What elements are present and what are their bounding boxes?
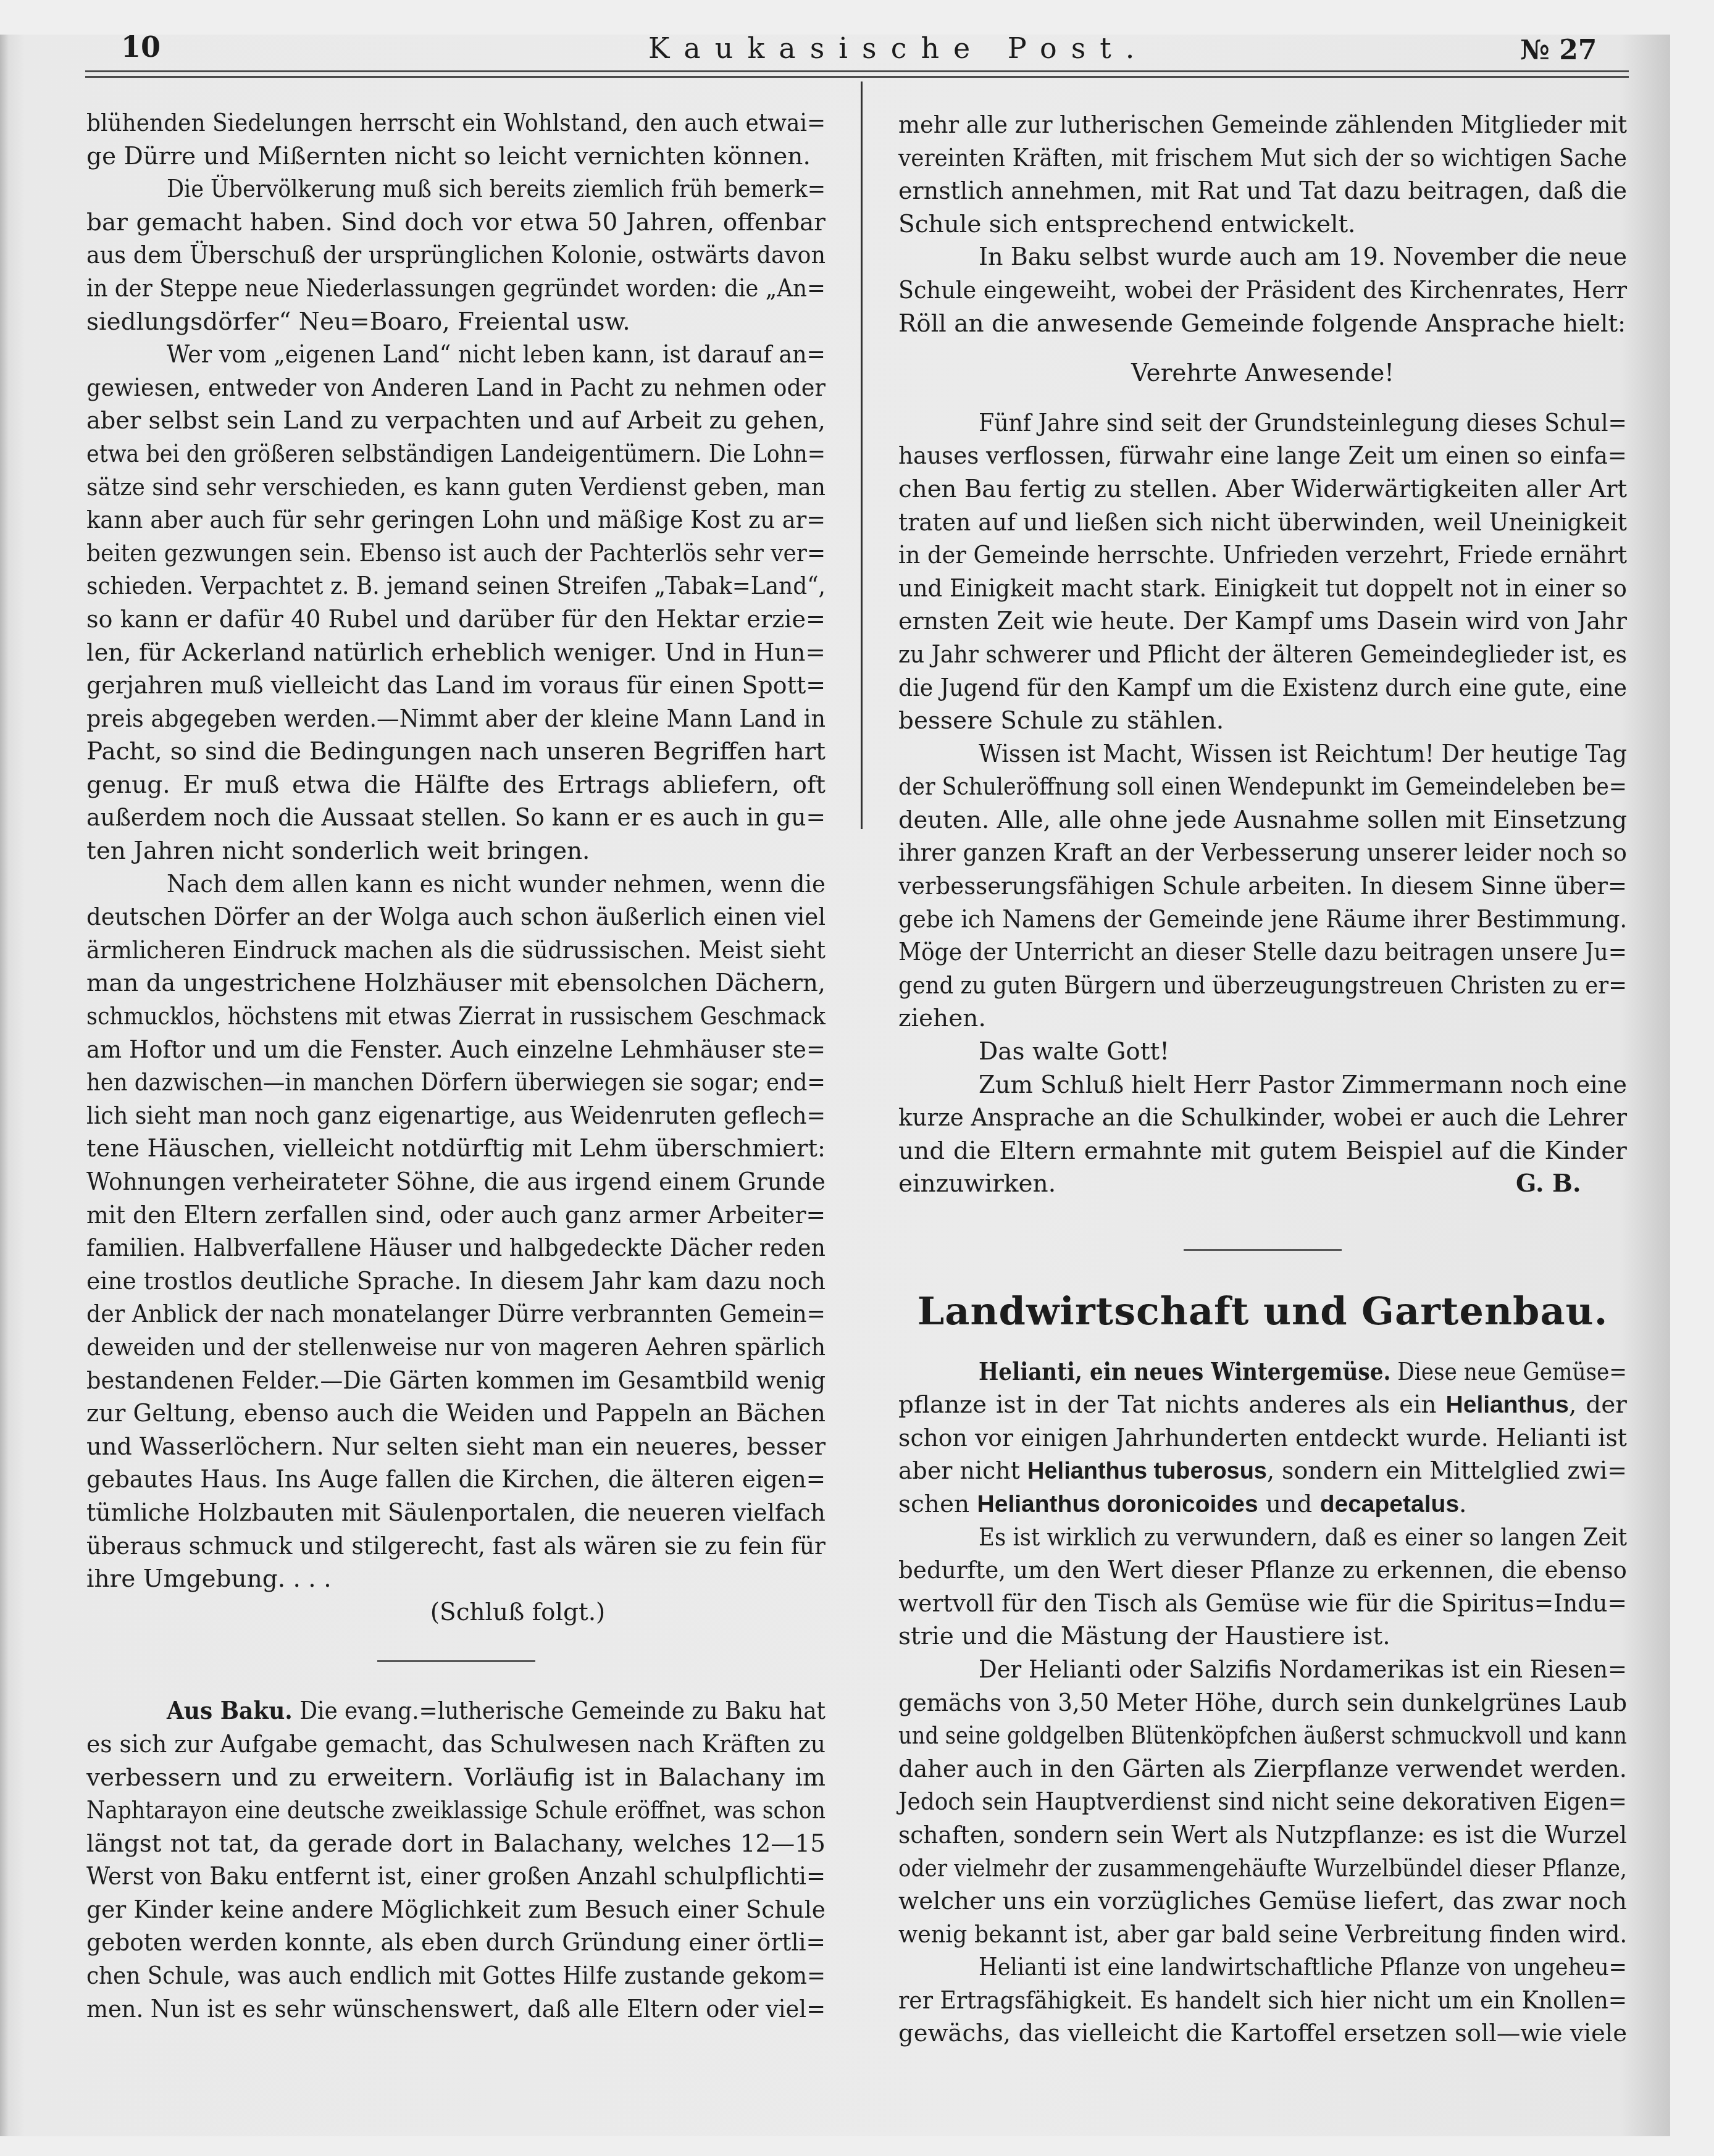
baku-article-continued: mehr alle zur lutherischen Gemeinde zähl…: [898, 109, 1627, 340]
text-line: verbesserungsfähigen Schule arbeiten. In…: [898, 870, 1627, 903]
settlement-article: blühenden Siedelungen herrscht ein Wohls…: [86, 107, 826, 1596]
text-line: aber selbst sein Land zu verpachten und …: [86, 404, 826, 438]
text-line: ärmlicheren Eindruck machen als die südr…: [86, 934, 826, 967]
text-line: zu Jahr schwerer und Pflicht der älteren…: [898, 638, 1627, 672]
text-line: so kann er dafür 40 Rubel und darüber fü…: [86, 603, 826, 637]
text-line: etwa bei den größeren selbständigen Land…: [86, 438, 826, 471]
text-line: und die Eltern ermahnte mit gutem Beispi…: [898, 1135, 1627, 1168]
text-line: und Einigkeit macht stark. Einigkeit tut…: [898, 572, 1627, 606]
page-number: 10: [121, 32, 161, 62]
right-column: mehr alle zur lutherischen Gemeinde zähl…: [898, 109, 1627, 2050]
text-line: chen Schule, was auch endlich mit Gottes…: [86, 1960, 826, 1993]
text-line: hauses verflossen, fürwahr eine lange Ze…: [898, 440, 1627, 473]
text-line: gend zu guten Bürgern und überzeugungstr…: [898, 969, 1627, 1003]
botanical-name: Helianthus doronicoides: [977, 1491, 1258, 1518]
author-signature: G. B.: [1516, 1168, 1581, 1201]
text-line: zur Geltung, ebenso auch die Weiden und …: [86, 1397, 826, 1431]
helianti-heading: Helianti, ein neues Wintergemüse.: [979, 1358, 1390, 1386]
text-line: vereinten Kräften, mit frischem Mut sich…: [898, 142, 1627, 175]
text-line: Nach dem allen kann es nicht wunder nehm…: [86, 868, 826, 901]
text-line: familien. Halbverfallene Häuser und halb…: [86, 1232, 826, 1265]
text-line: chen Bau fertig zu stellen. Aber Widerwä…: [898, 473, 1627, 506]
section-separator-right: [1184, 1249, 1342, 1251]
text-line: oder vielmehr der zusammengehäufte Wurze…: [898, 1852, 1627, 1886]
text-line: ernstlich annehmen, mit Rat und Tat dazu…: [898, 175, 1627, 208]
text-line: bedurfte, um den Wert dieser Pflanze zu …: [898, 1554, 1627, 1587]
text-line: mehr alle zur lutherischen Gemeinde zähl…: [898, 109, 1627, 142]
continued-note: (Schluß folgt.): [86, 1596, 826, 1629]
text-line: und seine goldgelben Blütenköpfchen äuße…: [898, 1719, 1627, 1753]
text-line: Es ist wirklich zu verwundern, daß es ei…: [898, 1521, 1627, 1555]
text-line: genug. Er muß etwa die Hälfte des Ertrag…: [86, 769, 826, 802]
text-line: Möge der Unterricht an dieser Stelle daz…: [898, 936, 1627, 969]
text-line: Der Helianti oder Salzifis Nordamerikas …: [898, 1653, 1627, 1687]
text-line: wenig bekannt ist, aber gar bald seine V…: [898, 1918, 1627, 1952]
text-line: len, für Ackerland natürlich erheblich w…: [86, 637, 826, 670]
helianti-paragraph-3: Der Helianti oder Salzifis Nordamerikas …: [898, 1653, 1627, 1951]
text-line: Helianti ist eine landwirtschaftliche Pf…: [898, 1951, 1627, 1984]
text-line: pflanze ist in der Tat nichts anderes al…: [898, 1389, 1627, 1422]
speech-text: Fünf Jahre sind seit der Grundsteinlegun…: [898, 407, 1627, 1035]
text-line: schaften, sondern sein Wert als Nutzpfla…: [898, 1819, 1627, 1852]
text-line: kurze Ansprache an die Schulkinder, wobe…: [898, 1101, 1627, 1135]
text-line: deutschen Dörfer an der Wolga auch schon…: [86, 901, 826, 934]
text-line: ernsten Zeit wie heute. Der Kampf ums Da…: [898, 605, 1627, 638]
header-rule-top: [85, 70, 1629, 72]
text-line: schmucklos, höchstens mit etwas Zierrat …: [86, 1000, 826, 1034]
text-line: bessere Schule zu stählen.: [898, 704, 1627, 738]
text-line: men. Nun ist es sehr wünschenswert, daß …: [86, 1993, 826, 2026]
text-line: Wohnungen verheirateter Söhne, die aus i…: [86, 1166, 826, 1199]
text-line: kann aber auch für sehr geringen Lohn un…: [86, 504, 826, 537]
text-line: ger Kinder keine andere Möglichkeit zum …: [86, 1894, 826, 1927]
text-line: Wer vom „eigenen Land“ nicht leben kann,…: [86, 338, 826, 372]
text-line: Naphtarayon eine deutsche zweiklassige S…: [86, 1794, 826, 1828]
text-line: schieden. Verpachtet z. B. jemand seinen…: [86, 570, 826, 603]
text-line: man da ungestrichene Holzhäuser mit eben…: [86, 967, 826, 1000]
text-line: deweiden und der stellenweise nur von ma…: [86, 1331, 826, 1364]
text-line: ten Jahren nicht sonderlich weit bringen…: [86, 835, 826, 868]
text-line: aus dem Überschuß der ursprünglichen Kol…: [86, 239, 826, 272]
scan-right-margin: [1670, 0, 1714, 2156]
text-line: daher auch in den Gärten als Zierpflanze…: [898, 1753, 1627, 1786]
text-line: Schule eingeweiht, wobei der Präsident d…: [898, 274, 1627, 307]
newspaper-title: Kaukasische Post.: [648, 32, 1093, 64]
helianti-paragraph-2: Es ist wirklich zu verwundern, daß es ei…: [898, 1521, 1627, 1653]
text-line: und Wasserlöchern. Nur selten sieht man …: [86, 1431, 826, 1464]
closing-paragraph: Zum Schluß hielt Herr Pastor Zimmermann …: [898, 1069, 1627, 1201]
text-line: gebe ich Namens der Gemeinde jene Räume …: [898, 903, 1627, 937]
section-heading: Landwirtschaft und Gartenbau.: [898, 1284, 1627, 1339]
text-line: gewiesen, entweder von Anderen Land in P…: [86, 372, 826, 405]
baku-first-line: Aus Baku. Die evang.=lutherische Gemeind…: [86, 1695, 826, 1728]
text-line: überaus schmuck und stilgerecht, fast al…: [86, 1530, 826, 1563]
text-line: sätze sind sehr verschieden, es kann gut…: [86, 471, 826, 504]
text-line: gerjahren muß vielleicht das Land im vor…: [86, 669, 826, 703]
scan-bottom-margin: [0, 2136, 1714, 2156]
text-line: gemächs von 3,50 Meter Höhe, durch sein …: [898, 1687, 1627, 1720]
text-line: welcher uns ein vorzügliches Gemüse lief…: [898, 1885, 1627, 1918]
text-line: preis abgegeben werden.—Nimmt aber der k…: [86, 703, 826, 736]
text-line: deuten. Alle, alle ohne jede Ausnahme so…: [898, 804, 1627, 837]
text-line: rer Ertragsfähigkeit. Es handelt sich hi…: [898, 1984, 1627, 2018]
text-line: siedlungsdörfer“ Neu=Boaro, Freiental us…: [86, 306, 826, 339]
text-line: wertvoll für den Tisch als Gemüse wie fü…: [898, 1587, 1627, 1621]
text-line: Werst von Baku entfernt ist, einer große…: [86, 1860, 826, 1894]
helianti-paragraph-1: pflanze ist in der Tat nichts anderes al…: [898, 1389, 1627, 1521]
text-line: strie und die Mästung der Haustiere ist.: [898, 1620, 1627, 1653]
text-line: gebautes Haus. Ins Auge fallen die Kirch…: [86, 1463, 826, 1497]
text-line: mit den Eltern zerfallen sind, oder auch…: [86, 1199, 826, 1232]
text-line: die Jugend für den Kampf um die Existenz…: [898, 672, 1627, 705]
header-rule-bottom: [85, 76, 1629, 78]
speech-salutation: Verehrte Anwesende!: [898, 357, 1627, 390]
text-line: Wissen ist Macht, Wissen ist Reichtum! D…: [898, 738, 1627, 771]
text-line: tümliche Holzbauten mit Säulenportalen, …: [86, 1497, 826, 1530]
section-separator: [377, 1660, 535, 1662]
text-line: ihre Umgebung. . . .: [86, 1563, 826, 1596]
text-line: schen Helianthus doronicoides und decape…: [898, 1488, 1627, 1521]
helianti-paragraph-4: Helianti ist eine landwirtschaftliche Pf…: [898, 1951, 1627, 2050]
speech-blessing: Das walte Gott!: [898, 1035, 1627, 1069]
text-line: aber nicht Helianthus tuberosus, sondern…: [898, 1455, 1627, 1488]
text-line: gewächs, das vielleicht die Kartoffel er…: [898, 2017, 1627, 2050]
text-line: bar gemacht haben. Sind doch vor etwa 50…: [86, 206, 826, 240]
text-line: blühenden Siedelungen herrscht ein Wohls…: [86, 107, 826, 140]
text-line: eine trostlos deutliche Sprache. In dies…: [86, 1265, 826, 1298]
text-line: längst not tat, da gerade dort in Balach…: [86, 1828, 826, 1861]
text-line: bestandenen Felder.—Die Gärten kommen im…: [86, 1364, 826, 1398]
text-line: Schule sich entsprechend entwickelt.: [898, 208, 1627, 241]
text-line: es sich zur Aufgabe gemacht, das Schulwe…: [86, 1728, 826, 1761]
text-line: ziehen.: [898, 1002, 1627, 1035]
text-line: Röll an die anwesende Gemeinde folgende …: [898, 307, 1627, 341]
helianti-first-line: Helianti, ein neues Wintergemüse. Diese …: [898, 1356, 1627, 1389]
text-line: in der Gemeinde herrschte. Unfrieden ver…: [898, 539, 1627, 572]
left-column: blühenden Siedelungen herrscht ein Wohls…: [86, 107, 826, 2026]
baku-article: es sich zur Aufgabe gemacht, das Schulwe…: [86, 1728, 826, 2026]
text-line: in der Steppe neue Niederlassungen gegrü…: [86, 272, 826, 306]
text-line: am Hoftor und um die Fenster. Auch einze…: [86, 1034, 826, 1067]
text-line: beiten gezwungen sein. Ebenso ist auch d…: [86, 537, 826, 570]
text-line: hen dazwischen—in manchen Dörfern überwi…: [86, 1066, 826, 1100]
text-line: ge Dürre und Mißernten nicht so leicht v…: [86, 140, 826, 173]
issue-number: № 27: [1520, 36, 1597, 65]
baku-heading: Aus Baku.: [167, 1697, 293, 1725]
text-line: tene Häuschen, vielleicht notdürftig mit…: [86, 1132, 826, 1166]
text-line: schon vor einigen Jahrhunderten entdeckt…: [898, 1422, 1627, 1455]
text-line: Die Übervölkerung muß sich bereits zieml…: [86, 173, 826, 206]
text-line: Fünf Jahre sind seit der Grundsteinlegun…: [898, 407, 1627, 440]
text-line: geboten werden konnte, als eben durch Gr…: [86, 1926, 826, 1960]
scan-top-margin: [0, 0, 1714, 35]
text-line: Jedoch sein Hauptverdienst sind nicht se…: [898, 1786, 1627, 1819]
text-line: verbessern und zu erweitern. Vorläufig i…: [86, 1761, 826, 1795]
botanical-name: Helianthus: [1446, 1392, 1569, 1418]
column-divider: [861, 81, 863, 829]
text-line: Pacht, so sind die Bedingungen nach unse…: [86, 735, 826, 769]
text-line: der Anblick der nach monatelanger Dürre …: [86, 1298, 826, 1331]
text-line: Zum Schluß hielt Herr Pastor Zimmermann …: [898, 1069, 1627, 1102]
text-line: außerdem noch die Aussaat stellen. So ka…: [86, 801, 826, 835]
text-line: In Baku selbst wurde auch am 19. Novembe…: [898, 241, 1627, 274]
botanical-name: Helianthus tuberosus: [1027, 1458, 1267, 1484]
botanical-name: decapetalus: [1320, 1491, 1459, 1518]
text-line: der Schuleröffnung soll einen Wendepunkt…: [898, 771, 1627, 804]
text-line: ihrer ganzen Kraft an der Verbesserung u…: [898, 837, 1627, 870]
text-line: traten auf und ließen sich nicht überwin…: [898, 506, 1627, 540]
text-line: lich sieht man noch ganz eigenartige, au…: [86, 1100, 826, 1133]
